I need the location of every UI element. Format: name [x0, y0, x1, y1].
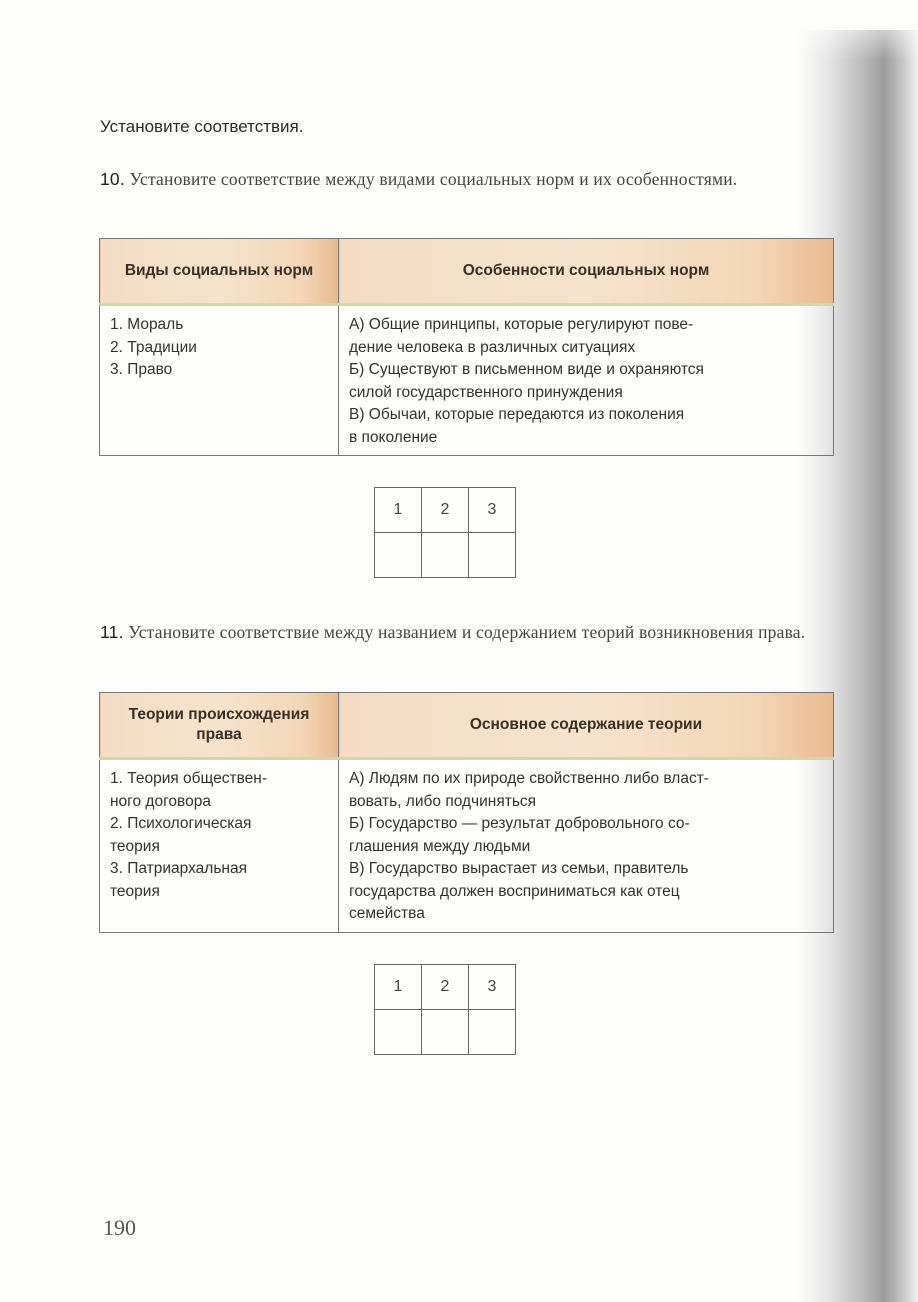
answer-cell[interactable] [422, 533, 469, 578]
text-line: силой государственного принуждения [349, 382, 823, 405]
grid-column-label: 3 [469, 965, 516, 1010]
grid-column-label: 2 [422, 965, 469, 1010]
text-line: А) Общие принципы, которые регулируют по… [349, 314, 823, 337]
answer-cell[interactable] [375, 533, 422, 578]
text-line: в поколение [349, 427, 823, 450]
list-item: 3. Патриархальная [110, 858, 328, 881]
text-line: государства должен восприниматься как от… [349, 881, 823, 904]
text-line: дение человека в различных ситуациях [349, 337, 823, 360]
list-item: ного договора [110, 791, 328, 814]
grid-column-label: 1 [375, 488, 422, 533]
matching-table-11: Теории происхождения права Основное соде… [99, 692, 834, 933]
task-10-prompt: 10. Установите соответствие между видами… [100, 167, 835, 191]
right-items-cell: А) Людям по их природе свойственно либо … [339, 759, 834, 933]
left-items-cell: 1. Мораль 2. Традиции 3. Право [100, 305, 339, 456]
task-text: Установите соответствие между названием … [128, 622, 805, 642]
answer-cell[interactable] [422, 1010, 469, 1055]
list-item: 1. Теория обществен- [110, 768, 328, 791]
text-line: Б) Существуют в письменном виде и охраня… [349, 359, 823, 382]
answer-cell[interactable] [469, 533, 516, 578]
text-line: В) Государство вырастает из семьи, прави… [349, 858, 823, 881]
text-line: А) Людям по их природе свойственно либо … [349, 768, 823, 791]
task-number: 10. [100, 169, 125, 189]
grid-column-label: 1 [375, 965, 422, 1010]
column-header-left: Теории происхождения права [100, 693, 339, 759]
list-item: 1. Мораль [110, 314, 328, 337]
text-line: Б) Государство — результат добровольного… [349, 813, 823, 836]
list-item: 2. Традиции [110, 337, 328, 360]
grid-column-label: 3 [469, 488, 516, 533]
answer-cell[interactable] [469, 1010, 516, 1055]
column-header-right: Особенности социальных норм [339, 239, 834, 305]
text-line: семейства [349, 903, 823, 926]
column-header-left: Виды социальных норм [100, 239, 339, 305]
task-number: 11. [100, 622, 124, 642]
text-line: В) Обычаи, которые передаются из поколен… [349, 404, 823, 427]
task-11-prompt: 11. Установите соответствие между назван… [100, 620, 835, 644]
answer-grid-10: 1 2 3 [374, 487, 516, 578]
column-header-right: Основное содержание теории [339, 693, 834, 759]
answer-grid-11: 1 2 3 [374, 964, 516, 1055]
section-instruction: Установите соответствия. [100, 117, 303, 137]
text-line: глашения между людьми [349, 836, 823, 859]
text-line: вовать, либо подчиняться [349, 791, 823, 814]
book-spine-shadow [798, 30, 918, 1302]
answer-cell[interactable] [375, 1010, 422, 1055]
book-spine-fade [798, 0, 918, 60]
list-item: теория [110, 836, 328, 859]
matching-table-10: Виды социальных норм Особенности социаль… [99, 238, 834, 456]
left-items-cell: 1. Теория обществен- ного договора 2. Пс… [100, 759, 339, 933]
list-item: 3. Право [110, 359, 328, 382]
grid-column-label: 2 [422, 488, 469, 533]
right-items-cell: А) Общие принципы, которые регулируют по… [339, 305, 834, 456]
task-text: Установите соответствие между видами соц… [130, 169, 738, 189]
list-item: теория [110, 881, 328, 904]
list-item: 2. Психологическая [110, 813, 328, 836]
page-number: 190 [103, 1215, 136, 1241]
